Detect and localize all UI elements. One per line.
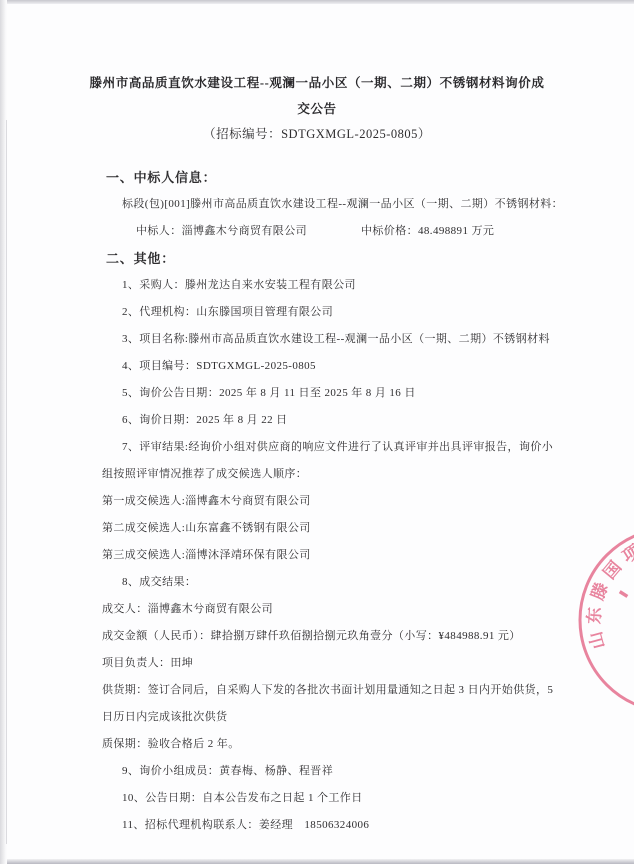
document-line: 一、中标人信息：	[102, 164, 577, 191]
line-text: 项目负责人：田坤	[102, 657, 193, 669]
line-text: 9、询价小组成员：黄春梅、杨静、程晋祥	[122, 765, 333, 777]
document-line: 第二成交候选人:山东富鑫不锈钢有限公司	[102, 515, 577, 542]
line-text: 1、采购人：滕州龙达自来水安装工程有限公司	[122, 279, 356, 291]
document-line: 1、采购人：滕州龙达自来水安装工程有限公司	[102, 272, 577, 299]
scanned-document-page: { "announcement": { "title_line1": "滕州市高…	[0, 0, 634, 864]
document-line: 质保期：验收合格后 2 年。	[102, 731, 577, 758]
line-text: 一、中标人信息：	[106, 170, 216, 185]
document-line: 2、代理机构：山东滕国项目管理有限公司	[102, 299, 577, 326]
scan-edge-bottom	[0, 859, 634, 864]
line-text: 8、成交结果：	[122, 576, 196, 588]
line-text: 3、项目名称:滕州市高品质直饮水建设工程--观澜一品小区（一期、二期）不锈钢材料	[122, 333, 550, 345]
line-text: 11、招标代理机构联系人：姜经理 18506324006	[122, 819, 369, 831]
line-text: 4、项目编号：SDTGXMGL-2025-0805	[122, 360, 316, 372]
line-text: 6、询价日期：2025 年 8 月 22 日	[122, 414, 288, 426]
line-text: 二、其他：	[106, 251, 175, 266]
document-line: 中标人：淄博鑫木兮商贸有限公司 中标价格：48.498891 万元	[102, 218, 577, 245]
document-line: 11、招标代理机构联系人：姜经理 18506324006	[102, 812, 577, 839]
document-line: 5、询价公告日期：2025 年 8 月 11 日至 2025 年 8 月 16 …	[102, 380, 577, 407]
document-line: 8、成交结果：	[102, 569, 577, 596]
document-title-line-1: 滕州市高品质直饮水建设工程--观澜一品小区（一期、二期）不锈钢材料询价成	[0, 70, 634, 96]
line-text: 7、评审结果:经询价小组对供应商的响应文件进行了认真评审并出具评审报告，询价小	[122, 441, 553, 453]
scan-edge-top	[0, 0, 634, 4]
document-line: 供货期：签订合同后，自采购人下发的各批次书面计划用量通知之日起 3 日内开始供货…	[102, 677, 577, 704]
line-text: 中标人：淄博鑫木兮商贸有限公司	[136, 225, 307, 237]
line-text: 第三成交候选人:淄博沐泽靖环保有限公司	[102, 549, 311, 561]
line-text: 供货期：签订合同后，自采购人下发的各批次书面计划用量通知之日起 3 日内开始供货…	[102, 684, 553, 696]
line-secondary-text: 中标价格：48.498891 万元	[361, 218, 494, 245]
line-text: 组按照评审情况推荐了成交候选人顺序：	[102, 468, 307, 480]
line-text: 成交人：淄博鑫木兮商贸有限公司	[102, 603, 273, 615]
document-line: 9、询价小组成员：黄春梅、杨静、程晋祥	[102, 758, 577, 785]
line-text: 10、公告日期：自本公告发布之日起 1 个工作日	[122, 792, 363, 804]
line-text: 第二成交候选人:山东富鑫不锈钢有限公司	[102, 522, 311, 534]
line-text: 成交金额（人民币）：肆拾捌万肆仟玖佰捌拾捌元玖角壹分（小写：¥484988.91…	[102, 630, 521, 642]
line-text: 2、代理机构：山东滕国项目管理有限公司	[122, 306, 333, 318]
document-line: 组按照评审情况推荐了成交候选人顺序：	[102, 461, 577, 488]
seal-circle	[580, 528, 634, 712]
document-line: 标段(包)[001]滕州市高品质直饮水建设工程--观澜一品小区（一期、二期）不锈…	[102, 191, 577, 218]
line-text: 日历日内完成该批次供货	[102, 711, 227, 723]
document-line: 10、公告日期：自本公告发布之日起 1 个工作日	[102, 785, 577, 812]
document-line: 成交金额（人民币）：肆拾捌万肆仟玖佰捌拾捌元玖角壹分（小写：¥484988.91…	[102, 623, 577, 650]
document-line: 3、项目名称:滕州市高品质直饮水建设工程--观澜一品小区（一期、二期）不锈钢材料	[102, 326, 577, 353]
bid-number: （招标编号：SDTGXMGL-2025-0805）	[0, 122, 634, 147]
document-line: 项目负责人：田坤	[102, 650, 577, 677]
document-title-block: 滕州市高品质直饮水建设工程--观澜一品小区（一期、二期）不锈钢材料询价成 交公告…	[0, 70, 634, 147]
line-text: 5、询价公告日期：2025 年 8 月 11 日至 2025 年 8 月 16 …	[122, 387, 416, 399]
line-text: 标段(包)[001]滕州市高品质直饮水建设工程--观澜一品小区（一期、二期）不锈…	[122, 198, 563, 210]
document-title-line-2: 交公告	[0, 96, 634, 122]
document-line: 4、项目编号：SDTGXMGL-2025-0805	[102, 353, 577, 380]
line-text: 第一成交候选人:淄博鑫木兮商贸有限公司	[102, 495, 311, 507]
document-line: 第三成交候选人:淄博沐泽靖环保有限公司	[102, 542, 577, 569]
document-line: 7、评审结果:经询价小组对供应商的响应文件进行了认真评审并出具评审报告，询价小	[102, 434, 577, 461]
document-line: 第一成交候选人:淄博鑫木兮商贸有限公司	[102, 488, 577, 515]
seal-star-tip	[619, 590, 628, 598]
document-body: 一、中标人信息： 标段(包)[001]滕州市高品质直饮水建设工程--观澜一品小区…	[102, 164, 577, 839]
seal-text: 山东滕国项目管理有限公司	[584, 531, 634, 650]
document-line: 成交人：淄博鑫木兮商贸有限公司	[102, 596, 577, 623]
scan-fold-line	[6, 120, 7, 844]
document-line: 日历日内完成该批次供货	[102, 704, 577, 731]
line-text: 质保期：验收合格后 2 年。	[102, 738, 240, 750]
document-line: 6、询价日期：2025 年 8 月 22 日	[102, 407, 577, 434]
document-line: 二、其他：	[102, 245, 577, 272]
